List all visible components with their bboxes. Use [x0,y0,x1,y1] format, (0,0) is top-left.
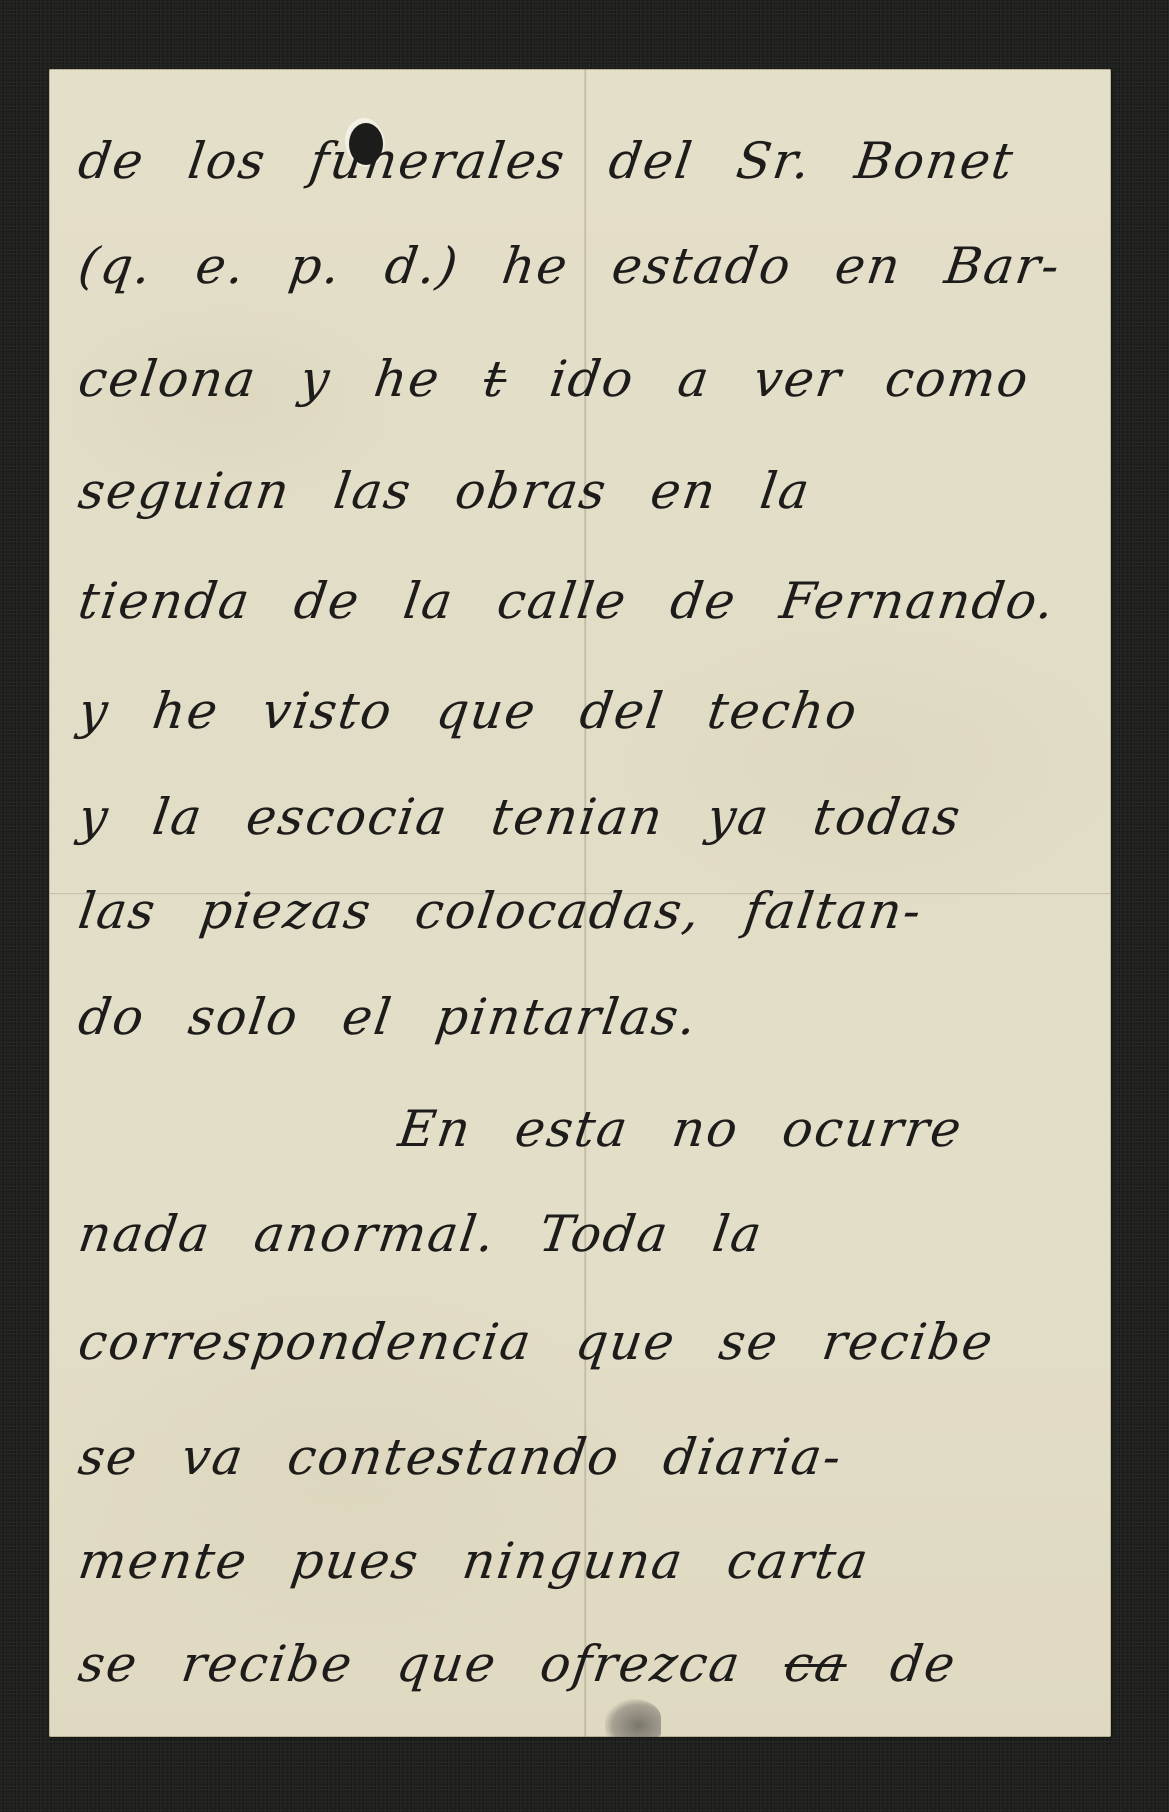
text-line-11: nada anormal. Toda la [75,1204,1093,1264]
struck-text: ca [781,1635,851,1693]
text-line-15-end: de [887,1635,961,1693]
letter-page: de los funerales del Sr. Bonet (q. e. p.… [49,69,1111,1737]
text-line-10-paragraph-start: En esta no ocurre [395,1099,1169,1159]
text-line-15-start: se recibe que ofrezca [75,1635,745,1693]
text-line-4: seguian las obras en la [75,461,1093,521]
text-line-1: de los funerales del Sr. Bonet [75,131,1093,191]
text-line-9: do solo el pintarlas. [75,987,1093,1047]
text-line-2: (q. e. p. d.) he estado en Bar- [75,236,1093,296]
text-line-5: tienda de la calle de Fernando. [75,571,1093,631]
text-line-6: y he visto que del techo [75,681,1093,741]
struck-text: t [480,350,510,408]
text-line-8: las piezas colocadas, faltan- [75,881,1093,941]
handwritten-text: de los funerales del Sr. Bonet (q. e. p.… [79,69,1089,1737]
text-line-3-end: ido a ver como [546,350,1033,408]
text-line-3: celona y he t ido a ver como [75,349,1093,409]
text-line-14: mente pues ninguna carta [75,1531,1093,1591]
text-line-7: y la escocia tenian ya todas [75,787,1093,847]
text-line-13: se va contestando diaria- [75,1427,1093,1487]
text-line-15: se recibe que ofrezca ca de [75,1634,1093,1694]
text-line-3-start: celona y he [75,350,445,408]
text-line-12: correspondencia que se recibe [75,1312,1093,1372]
